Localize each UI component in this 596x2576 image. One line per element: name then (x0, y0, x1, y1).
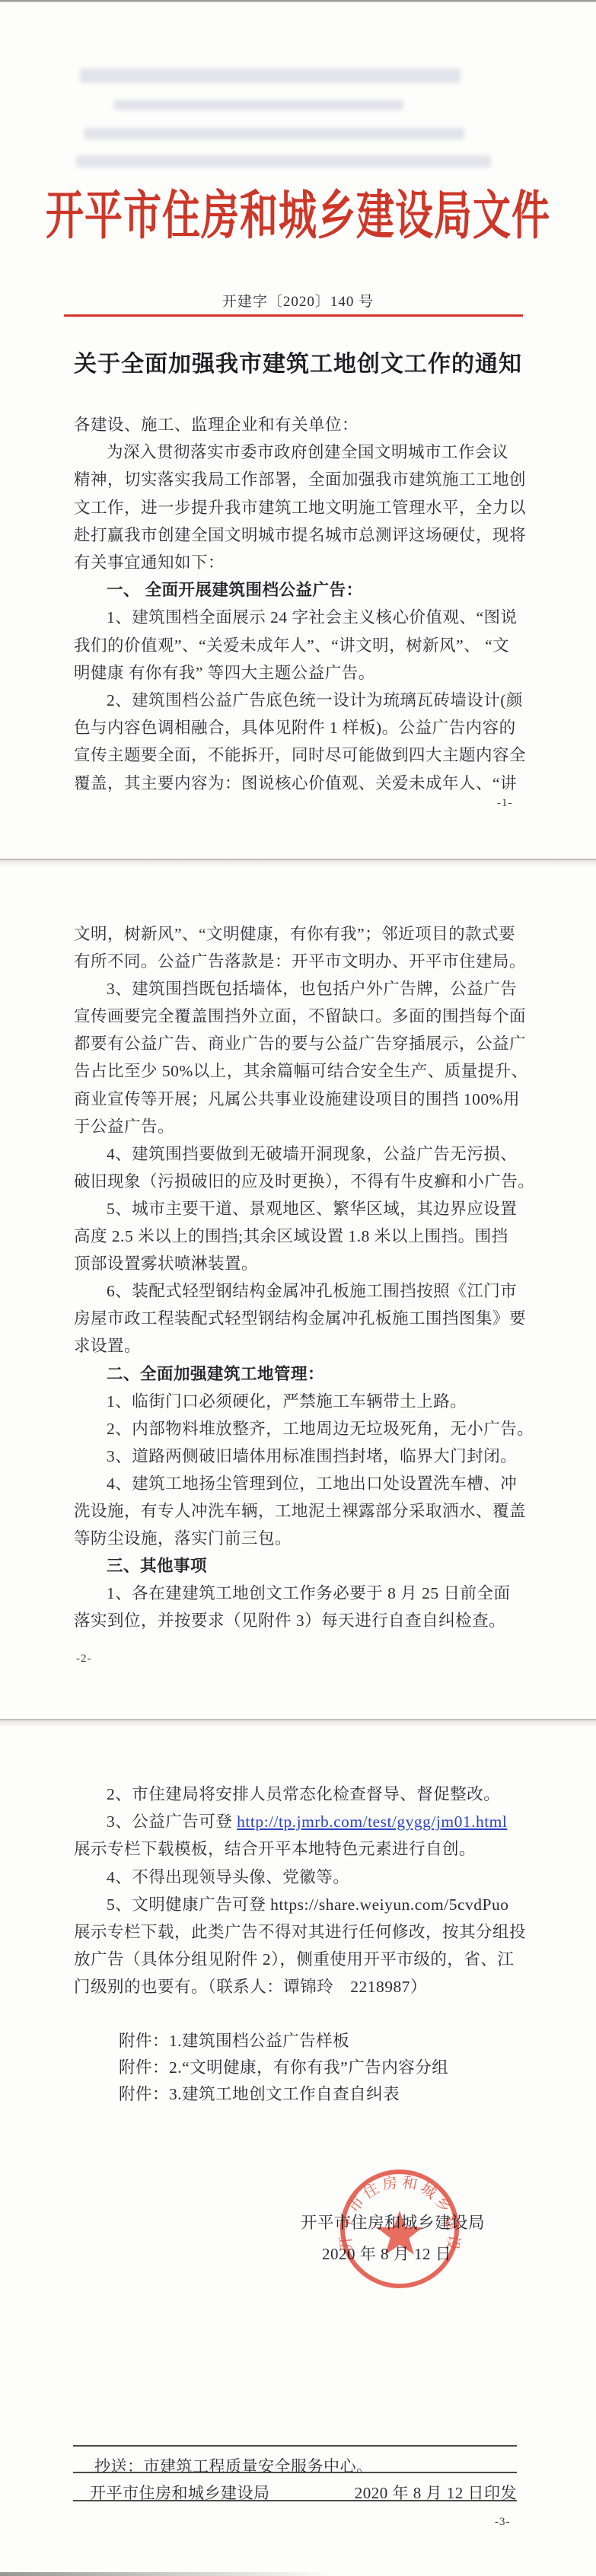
bleedthrough-smudge (80, 69, 461, 83)
doc-line: 门级别的也要有。（联系人：谭锦玲 2218987） (74, 1973, 523, 2001)
doc-line: 4、建筑工地扬尘管理到位，工地出口处设置洗车槽、冲 (74, 1470, 523, 1497)
doc-line: 文明，树新风”、“文明健康，有你有我”；邻近项目的款式要 (74, 920, 523, 948)
doc-line: 商业宣传等开展；凡属公共事业设施建设项目的围挡 100%用 (74, 1086, 523, 1113)
doc-line: 二、全面加强建筑工地管理： (74, 1360, 523, 1388)
doc-line: 放广告（具体分组见附件 2），侧重使用开平市级的，省、江 (74, 1946, 523, 1973)
cc-line: 抄送：市建筑工程质量安全服务中心。 (94, 2454, 373, 2477)
doc-line: 5、城市主要干道、景观地区、繁华区域，其边界应设置 (74, 1195, 523, 1223)
doc-line: 破旧现象（污损破旧的应及时更换），不得有牛皮癣和小广告。 (74, 1168, 523, 1195)
doc-line: 各建设、施工、监理企业和有关单位： (74, 411, 523, 438)
doc-line: 有关事宜通知如下： (74, 549, 523, 576)
public-ad-template-link[interactable]: http://tp.jmrb.com/test/gygg/jm01.html (237, 1812, 507, 1831)
doc-line: 为深入贯彻落实市委市政府创建全国文明城市工作会议 (74, 438, 523, 466)
doc-line: 洗设施，有专人冲洗车辆，工地泥土裸露部分采取洒水、覆盖 (74, 1497, 523, 1525)
doc-line: 1、各在建建筑工地创文工作务必要于 8 月 25 日前全面 (74, 1580, 523, 1607)
doc-line: 展示专栏下载模板，结合开平本地特色元素进行自创。 (74, 1835, 523, 1863)
letterhead-red-rule (64, 314, 523, 317)
page-break-shadow (0, 860, 596, 867)
official-seal-stamp: 开平市住房和城乡建设局 (337, 2166, 462, 2291)
doc-line: 有所不同。公益广告落款是：开平市文明办、开平市住建局。 (74, 948, 523, 975)
doc-line: 6、装配式轻型钢结构金属冲孔板施工围挡按照《江门市 (74, 1277, 523, 1305)
link-prefix-text: 3、公益广告可登 (107, 1812, 237, 1831)
doc-line: 等防尘设施，落实门前三包。 (74, 1525, 523, 1552)
doc-line: 于公益广告。 (74, 1113, 523, 1140)
doc-line: 覆盖，其主要内容为：图说核心价值观、关爱未成年人、“讲 (74, 770, 523, 797)
page-break-shadow (0, 1720, 596, 1727)
document-title: 关于全面加强我市建筑工地创文工作的通知 (0, 345, 596, 378)
attachments-list: 附件：1.建筑围档公益广告样板附件：2.“文明健康，有你有我”广告内容分组附件：… (119, 2028, 448, 2108)
doc-line: 宣传画要完全覆盖围挡外立面，不留缺口。多面的围挡每个面 (74, 1003, 523, 1030)
doc-line: 1、临街门口必须硬化，严禁施工车辆带土上路。 (74, 1388, 523, 1415)
letterhead-org-title: 开平市住房和城乡建设局文件 (0, 185, 596, 246)
doc-line: 精神，切实落实我局工作部署，全面加强我市建筑施工工地创 (74, 466, 523, 493)
doc-line: 3、公益广告可登 http://tp.jmrb.com/test/gygg/jm… (74, 1808, 523, 1835)
doc-line: 都要有公益广告、商业广告的要与公益广告穿插展示，公益广 (74, 1030, 523, 1057)
doc-line: 4、不得出现领导头像、党徽等。 (74, 1863, 523, 1891)
page-number-2: -2- (76, 1653, 92, 1666)
page2-body: 文明，树新风”、“文明健康，有你有我”；邻近项目的款式要有所不同。公益广告落款是… (74, 920, 523, 1634)
page1-body: 各建设、施工、监理企业和有关单位：为深入贯彻落实市委市政府创建全国文明城市工作会… (74, 411, 523, 797)
page-number-3: -3- (495, 2516, 511, 2529)
doc-line: 3、道路两侧破旧墙体用标准围挡封堵，临界大门封闭。 (74, 1443, 523, 1470)
doc-line: 顶部设置雾状喷淋装置。 (74, 1250, 523, 1277)
doc-line: 高度 2.5 米以上的围挡;其余区域设置 1.8 米以上围挡。围挡 (74, 1223, 523, 1250)
footer-rule-bottom (73, 2500, 517, 2501)
seal-star-icon (377, 2211, 423, 2255)
doc-line: 房屋市政工程装配式轻型钢结构金属冲孔板施工围挡图集》要 (74, 1305, 523, 1332)
doc-line: 告占比至少 50%以上，其余篇幅可结合安全生产、质量提升、 (74, 1057, 523, 1085)
bleedthrough-smudge (76, 155, 491, 167)
doc-line: 赴打赢我市创建全国文明城市提名城市总测评这场硬仗，现将 (74, 521, 523, 549)
doc-line: 展示专栏下载，此类广告不得对其进行任何修改，按其分组投 (74, 1918, 523, 1946)
doc-line: 求设置。 (74, 1332, 523, 1360)
doc-line: 2、内部物料堆放整齐，工地周边无垃圾死角，无小广告。 (74, 1415, 523, 1443)
seal-graphic: 开平市住房和城乡建设局 (337, 2166, 462, 2291)
bleedthrough-smudge (114, 100, 403, 110)
scanned-document: 开平市住房和城乡建设局文件 开建字〔2020〕140 号 关于全面加强我市建筑工… (0, 0, 596, 2576)
page3-body: 2、市住建局将安排人员常态化检查督导、督促整改。3、公益广告可登 http://… (74, 1781, 523, 2001)
scan-top-edge (0, 0, 596, 2)
scan-bottom-edge (0, 2572, 335, 2576)
attachment-line: 附件：3.建筑工地创文工作自查自纠表 (119, 2081, 448, 2108)
doc-line: 文工作，进一步提升我市建筑工地文明施工管理水平，全力以 (74, 494, 523, 521)
doc-line: 一、 全面开展建筑围档公益广告： (74, 576, 523, 604)
doc-line: 5、文明健康广告可登 https://share.weiyun.com/5cvd… (74, 1891, 523, 1918)
doc-line: 1、建筑围档全面展示 24 字社会主义核心价值观、“图说 (74, 604, 523, 631)
attachment-line: 附件：1.建筑围档公益广告样板 (119, 2028, 448, 2055)
doc-line: 我们的价值观”、“关爱未成年人”、“讲文明，树新风”、 “文 (74, 632, 523, 659)
footer-rule-top (73, 2445, 517, 2447)
doc-line: 4、建筑围挡要做到无破墙开洞现象，公益广告无污损、 (74, 1140, 523, 1168)
doc-line: 色与内容色调相融合，具体见附件 1 样板)。公益广告内容的 (74, 714, 523, 741)
doc-line: 2、建筑围档公益广告底色统一设计为琉璃瓦砖墙设计(颜 (74, 687, 523, 714)
document-number: 开建字〔2020〕140 号 (0, 290, 596, 311)
bleedthrough-smudge (84, 128, 464, 139)
doc-line: 明健康 有你有我” 等四大主题公益广告。 (74, 659, 523, 687)
doc-line: 3、建筑围挡既包括墙体，也包括户外广告牌，公益广告 (74, 975, 523, 1003)
doc-line: 落实到位，并按要求（见附件 3）每天进行自查自纠检查。 (74, 1607, 523, 1634)
footer-rule-middle (73, 2472, 517, 2473)
attachment-line: 附件：2.“文明健康，有你有我”广告内容分组 (119, 2055, 448, 2081)
doc-line: 宣传主题要全面，不能拆开，同时尽可能做到四大主题内容全 (74, 741, 523, 769)
page-number-1: -1- (497, 797, 513, 810)
doc-line: 三、其他事项 (74, 1552, 523, 1580)
doc-line: 2、市住建局将安排人员常态化检查督导、督促整改。 (74, 1781, 523, 1808)
